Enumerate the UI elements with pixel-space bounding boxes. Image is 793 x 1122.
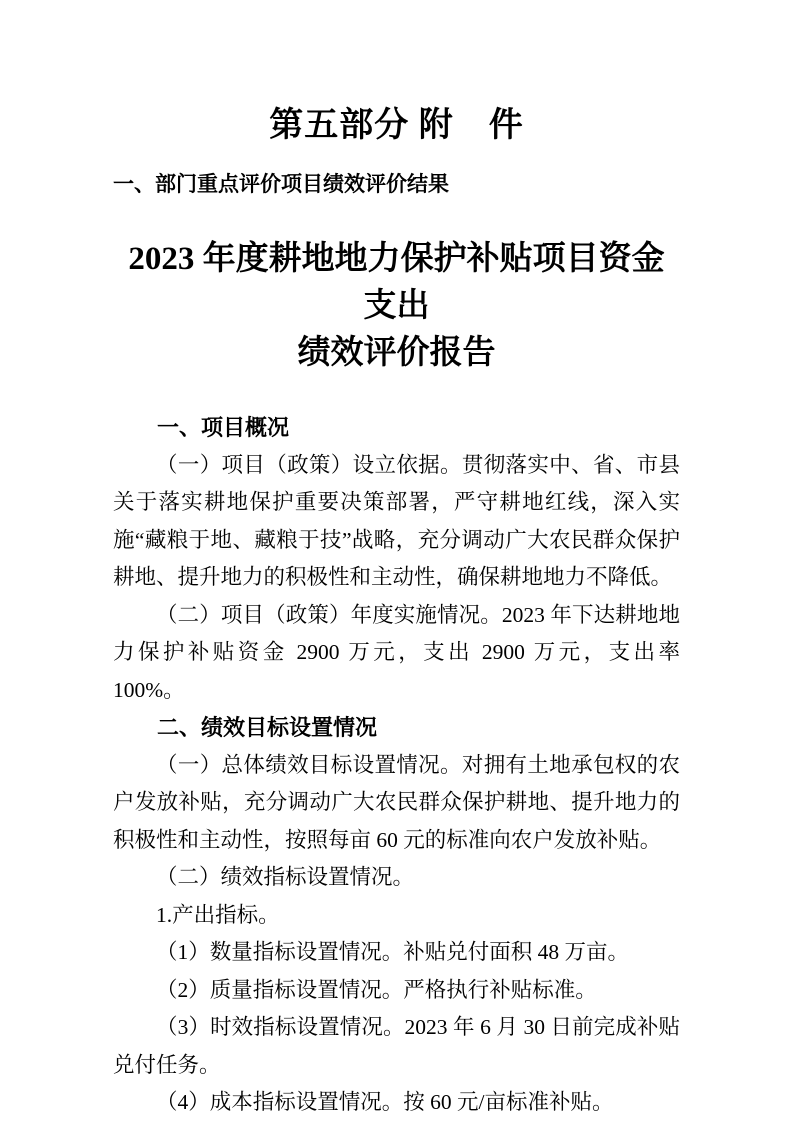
report-title-line1: 2023 年度耕地地力保护补贴项目资金支出	[113, 236, 680, 330]
section-heading-performance-targets: 二、绩效目标设置情况	[113, 709, 680, 747]
report-body: 一、项目概况 （一）项目（政策）设立依据。贯彻落实中、省、市县关于落实耕地保护重…	[113, 409, 680, 1122]
paragraph-quantity-indicator: （1）数量指标设置情况。补贴兑付面积 48 万亩。	[113, 934, 680, 972]
document-page: 第五部分 附 件 一、部门重点评价项目绩效评价结果 2023 年度耕地地力保护补…	[0, 0, 793, 1122]
paragraph-output-indicators: 1.产出指标。	[113, 897, 680, 935]
level1-heading: 一、部门重点评价项目绩效评价结果	[113, 170, 680, 200]
part-title: 第五部分 附 件	[113, 104, 680, 148]
report-title-line2: 绩效评价报告	[113, 330, 680, 377]
paragraph-timeliness-indicator: （3）时效指标设置情况。2023 年 6 月 30 日前完成补贴兑付任务。	[113, 1009, 680, 1084]
paragraph-indicator-setting: （二）绩效指标设置情况。	[113, 859, 680, 897]
paragraph-policy-basis: （一）项目（政策）设立依据。贯彻落实中、省、市县关于落实耕地保护重要决策部署，严…	[113, 447, 680, 597]
section-heading-project-overview: 一、项目概况	[113, 409, 680, 447]
paragraph-cost-indicator: （4）成本指标设置情况。按 60 元/亩标准补贴。	[113, 1084, 680, 1122]
report-title: 2023 年度耕地地力保护补贴项目资金支出 绩效评价报告	[113, 236, 680, 377]
paragraph-annual-implementation: （二）项目（政策）年度实施情况。2023 年下达耕地地力保护补贴资金 2900 …	[113, 597, 680, 710]
document-content: 第五部分 附 件 一、部门重点评价项目绩效评价结果 2023 年度耕地地力保护补…	[0, 0, 793, 1122]
paragraph-overall-targets: （一）总体绩效目标设置情况。对拥有土地承包权的农户发放补贴，充分调动广大农民群众…	[113, 747, 680, 860]
paragraph-quality-indicator: （2）质量指标设置情况。严格执行补贴标准。	[113, 972, 680, 1010]
